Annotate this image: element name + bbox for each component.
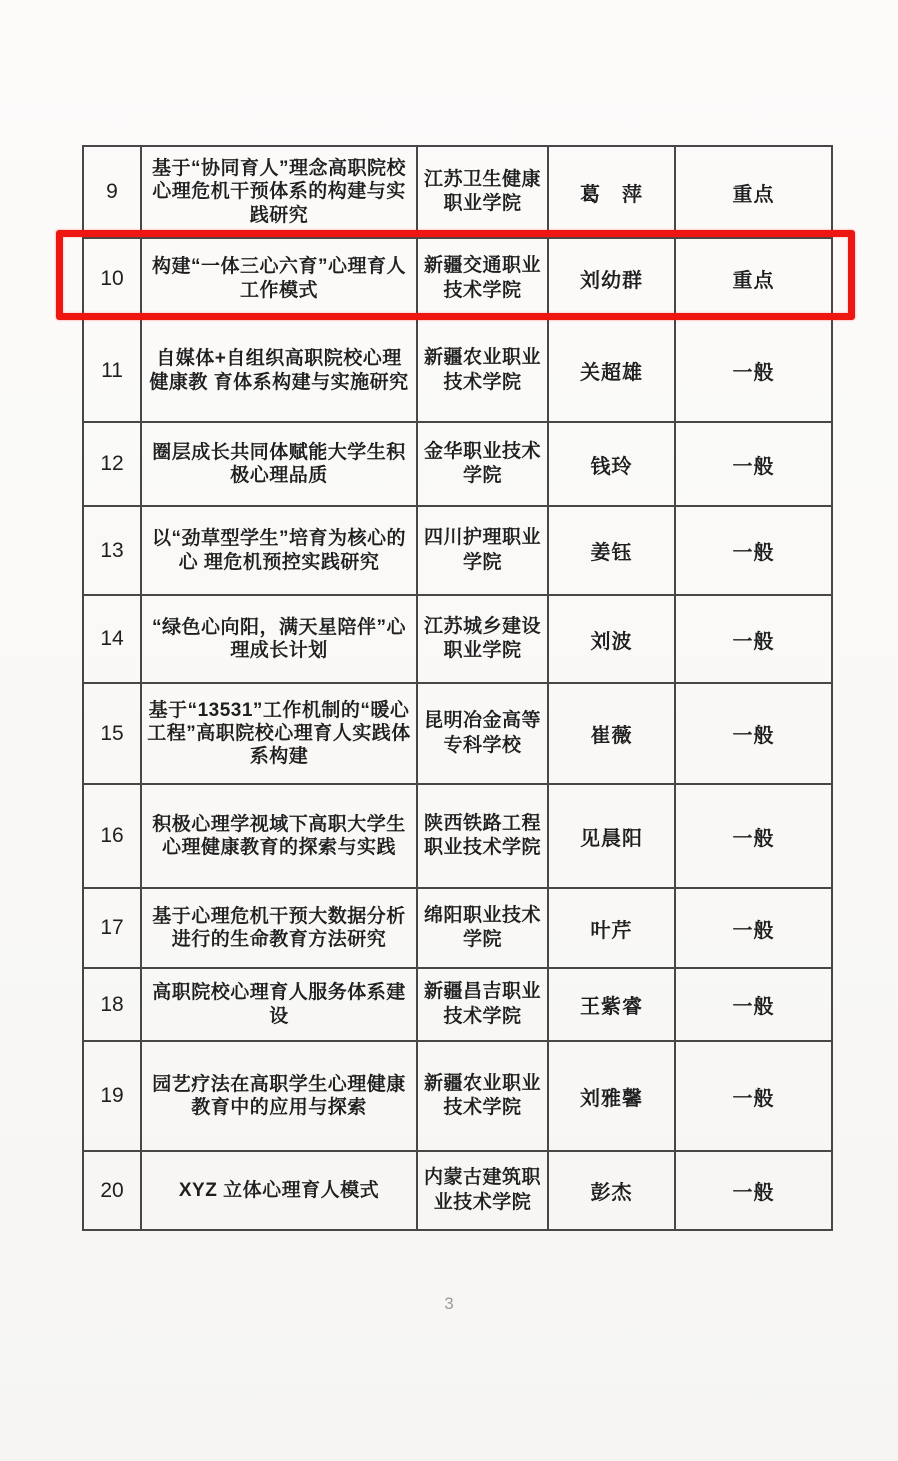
table-row-12: 12 圈层成长共同体赋能大学生积极心理品质 金华职业技术学院 钱玲 一般: [83, 422, 832, 506]
cell-leader: 刘雅馨: [548, 1041, 675, 1151]
table-row-17: 17 基于心理危机干预大数据分析进行的生命教育方法研究 绵阳职业技术学院 叶芹 …: [83, 888, 832, 968]
table-row-14: 14 “绿色心向阳，满天星陪伴”心理成长计划 江苏城乡建设职业学院 刘波 一般: [83, 595, 832, 683]
cell-school: 江苏卫生健康职业学院: [417, 146, 548, 238]
cell-school: 陕西铁路工程职业技术学院: [417, 784, 548, 888]
cell-category: 一般: [675, 1151, 832, 1230]
cell-school: 新疆交通职业技术学院: [417, 238, 548, 319]
cell-leader: 见晨阳: [548, 784, 675, 888]
cell-category: 一般: [675, 784, 832, 888]
cell-leader: 姜钰: [548, 506, 675, 595]
cell-category: 一般: [675, 422, 832, 506]
cell-number: 13: [83, 506, 141, 595]
cell-leader: 王紫睿: [548, 968, 675, 1041]
cell-leader: 崔薇: [548, 683, 675, 784]
cell-school: 内蒙古建筑职业技术学院: [417, 1151, 548, 1230]
cell-title: 高职院校心理育人服务体系建设: [141, 968, 417, 1041]
cell-number: 19: [83, 1041, 141, 1151]
cell-category: 一般: [675, 1041, 832, 1151]
cell-category: 一般: [675, 595, 832, 683]
cell-leader: 刘幼群: [548, 238, 675, 319]
table-row-9: 9 基于“协同育人”理念高职院校心理危机干预体系的构建与实践研究 江苏卫生健康职…: [83, 146, 832, 238]
cell-title: 以“劲草型学生”培育为核心的心 理危机预控实践研究: [141, 506, 417, 595]
projects-table: 9 基于“协同育人”理念高职院校心理危机干预体系的构建与实践研究 江苏卫生健康职…: [82, 145, 833, 1231]
cell-school: 绵阳职业技术学院: [417, 888, 548, 968]
cell-number: 18: [83, 968, 141, 1041]
cell-number: 17: [83, 888, 141, 968]
cell-leader: 钱玲: [548, 422, 675, 506]
cell-category: 重点: [675, 238, 832, 319]
cell-number: 11: [83, 319, 141, 422]
table-row-10-highlighted: 10 构建“一体三心六育”心理育人工作模式 新疆交通职业技术学院 刘幼群 重点: [83, 238, 832, 319]
cell-title: 积极心理学视域下高职大学生心理健康教育的探索与实践: [141, 784, 417, 888]
cell-number: 12: [83, 422, 141, 506]
cell-category: 一般: [675, 968, 832, 1041]
page-number: 3: [0, 1294, 898, 1314]
cell-leader: 关超雄: [548, 319, 675, 422]
cell-category: 重点: [675, 146, 832, 238]
cell-category: 一般: [675, 888, 832, 968]
cell-title: 自媒体+自组织高职院校心理健康教 育体系构建与实施研究: [141, 319, 417, 422]
cell-school: 新疆农业职业技术学院: [417, 319, 548, 422]
cell-school: 新疆农业职业技术学院: [417, 1041, 548, 1151]
cell-leader: 叶芹: [548, 888, 675, 968]
cell-school: 新疆昌吉职业技术学院: [417, 968, 548, 1041]
cell-title: XYZ 立体心理育人模式: [141, 1151, 417, 1230]
table-row-11: 11 自媒体+自组织高职院校心理健康教 育体系构建与实施研究 新疆农业职业技术学…: [83, 319, 832, 422]
cell-category: 一般: [675, 319, 832, 422]
cell-school: 金华职业技术学院: [417, 422, 548, 506]
table-row-15: 15 基于“13531”工作机制的“暖心工程”高职院校心理育人实践体系构建 昆明…: [83, 683, 832, 784]
cell-school: 昆明冶金高等专科学校: [417, 683, 548, 784]
table-row-16: 16 积极心理学视域下高职大学生心理健康教育的探索与实践 陕西铁路工程职业技术学…: [83, 784, 832, 888]
cell-title: 基于“协同育人”理念高职院校心理危机干预体系的构建与实践研究: [141, 146, 417, 238]
cell-title: “绿色心向阳，满天星陪伴”心理成长计划: [141, 595, 417, 683]
cell-leader: 葛 萍: [548, 146, 675, 238]
cell-school: 四川护理职业学院: [417, 506, 548, 595]
cell-number: 9: [83, 146, 141, 238]
cell-leader: 刘波: [548, 595, 675, 683]
cell-title: 园艺疗法在高职学生心理健康教育中的应用与探索: [141, 1041, 417, 1151]
document-page: 9 基于“协同育人”理念高职院校心理危机干预体系的构建与实践研究 江苏卫生健康职…: [0, 0, 898, 1461]
table-row-20: 20 XYZ 立体心理育人模式 内蒙古建筑职业技术学院 彭杰 一般: [83, 1151, 832, 1230]
cell-title: 基于心理危机干预大数据分析进行的生命教育方法研究: [141, 888, 417, 968]
cell-leader: 彭杰: [548, 1151, 675, 1230]
cell-number: 20: [83, 1151, 141, 1230]
cell-number: 10: [83, 238, 141, 319]
cell-title: 圈层成长共同体赋能大学生积极心理品质: [141, 422, 417, 506]
table-row-13: 13 以“劲草型学生”培育为核心的心 理危机预控实践研究 四川护理职业学院 姜钰…: [83, 506, 832, 595]
cell-category: 一般: [675, 506, 832, 595]
table-row-19: 19 园艺疗法在高职学生心理健康教育中的应用与探索 新疆农业职业技术学院 刘雅馨…: [83, 1041, 832, 1151]
cell-title: 构建“一体三心六育”心理育人工作模式: [141, 238, 417, 319]
cell-category: 一般: [675, 683, 832, 784]
table-row-18: 18 高职院校心理育人服务体系建设 新疆昌吉职业技术学院 王紫睿 一般: [83, 968, 832, 1041]
cell-number: 16: [83, 784, 141, 888]
cell-number: 15: [83, 683, 141, 784]
cell-number: 14: [83, 595, 141, 683]
cell-school: 江苏城乡建设职业学院: [417, 595, 548, 683]
cell-title: 基于“13531”工作机制的“暖心工程”高职院校心理育人实践体系构建: [141, 683, 417, 784]
